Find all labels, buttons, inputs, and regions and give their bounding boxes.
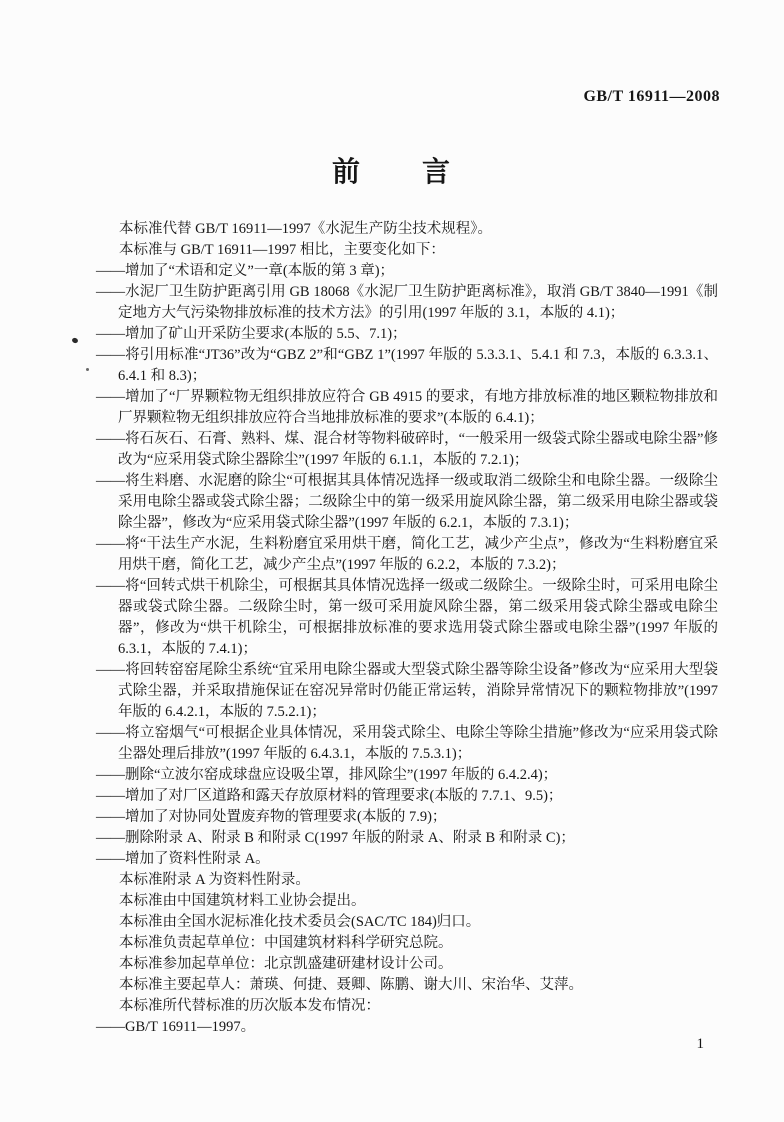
foreword-paragraph: 本标准主要起草人：萧瑛、何捷、聂卿、陈鹏、谢大川、宋治华、艾萍。 bbox=[90, 975, 718, 996]
document-page: GB/T 16911—2008 前 言 本标准代替 GB/T 16911—199… bbox=[0, 0, 784, 1122]
foreword-paragraph: ——增加了对厂区道路和露天存放原材料的管理要求(本版的 7.7.1、9.5)； bbox=[90, 786, 718, 807]
foreword-paragraph: ——GB/T 16911—1997。 bbox=[90, 1017, 718, 1038]
page-number: 1 bbox=[697, 1036, 705, 1053]
foreword-paragraph: ——将引用标准“JT36”改为“GBZ 2”和“GBZ 1”(1997 年版的 … bbox=[90, 345, 718, 387]
foreword-paragraph: ——将“回转式烘干机除尘，可根据其具体情况选择一级或二级除尘。一级除尘时，可采用… bbox=[90, 576, 718, 660]
foreword-body: 本标准代替 GB/T 16911—1997《水泥生产防尘技术规程》。 本标准与 … bbox=[90, 219, 718, 1038]
foreword-paragraph: 本标准负责起草单位：中国建筑材料科学研究总院。 bbox=[90, 933, 718, 954]
foreword-paragraph: ——增加了对协同处置废弃物的管理要求(本版的 7.9)； bbox=[90, 807, 718, 828]
foreword-paragraph: ——删除“立波尔窑成球盘应设吸尘罩，排风除尘”(1997 年版的 6.4.2.4… bbox=[90, 765, 718, 786]
page-title: 前 言 bbox=[0, 150, 784, 190]
foreword-paragraph: ——增加了“术语和定义”一章(本版的第 3 章)； bbox=[90, 261, 718, 282]
foreword-paragraph: ——增加了资料性附录 A。 bbox=[90, 849, 718, 870]
foreword-paragraph: 本标准附录 A 为资料性附录。 bbox=[90, 870, 718, 891]
foreword-paragraph: 本标准与 GB/T 16911—1997 相比，主要变化如下： bbox=[90, 240, 718, 261]
foreword-paragraph: ——将生料磨、水泥磨的除尘“可根据其具体情况选择一级或取消二级除尘和电除尘器。一… bbox=[90, 471, 718, 534]
foreword-paragraph: ——将“干法生产水泥，生料粉磨宜采用烘干磨，简化工艺，减少产尘点”，修改为“生料… bbox=[90, 534, 718, 576]
foreword-paragraph: 本标准由全国水泥标准化技术委员会(SAC/TC 184)归口。 bbox=[90, 912, 718, 933]
foreword-paragraph: 本标准所代替标准的历次版本发布情况： bbox=[90, 996, 718, 1017]
foreword-paragraph: ——将回转窑窑尾除尘系统“宜采用电除尘器或大型袋式除尘器等除尘设备”修改为“应采… bbox=[90, 660, 718, 723]
foreword-paragraph: ——将石灰石、石膏、熟料、煤、混合材等物料破碎时，“一般采用一级袋式除尘器或电除… bbox=[90, 429, 718, 471]
scan-artifact bbox=[71, 337, 78, 344]
foreword-paragraph: 本标准由中国建筑材料工业协会提出。 bbox=[90, 891, 718, 912]
scan-artifact bbox=[86, 368, 89, 371]
foreword-paragraph: ——删除附录 A、附录 B 和附录 C(1997 年版的附录 A、附录 B 和附… bbox=[90, 828, 718, 849]
foreword-paragraph: ——水泥厂卫生防护距离引用 GB 18068《水泥厂卫生防护距离标准》，取消 G… bbox=[90, 282, 718, 324]
doc-number: GB/T 16911—2008 bbox=[583, 88, 720, 106]
foreword-paragraph: 本标准参加起草单位：北京凯盛建研建材设计公司。 bbox=[90, 954, 718, 975]
foreword-paragraph: ——增加了矿山开采防尘要求(本版的 5.5、7.1)； bbox=[90, 324, 718, 345]
foreword-paragraph: ——增加了“厂界颗粒物无组织排放应符合 GB 4915 的要求，有地方排放标准的… bbox=[90, 387, 718, 429]
foreword-paragraph: 本标准代替 GB/T 16911—1997《水泥生产防尘技术规程》。 bbox=[90, 219, 718, 240]
foreword-paragraph: ——将立窑烟气“可根据企业具体情况，采用袋式除尘、电除尘等除尘措施”修改为“应采… bbox=[90, 723, 718, 765]
